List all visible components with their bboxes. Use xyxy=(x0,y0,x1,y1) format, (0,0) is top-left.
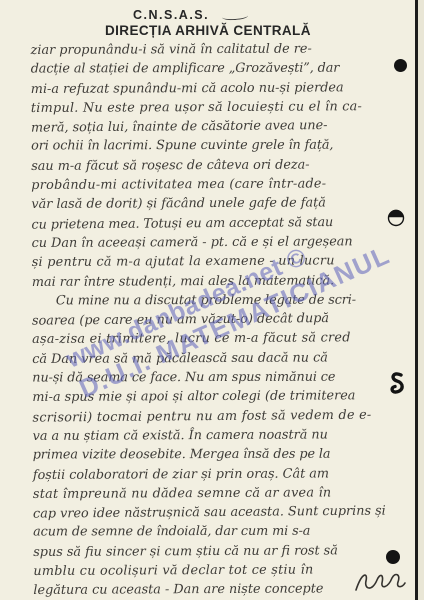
handwritten-line: cu prietena mea. Totuși eu am acceptat s… xyxy=(31,212,403,235)
handwritten-line: acum de semne de îndoială, dar cum mi s-… xyxy=(33,522,405,542)
handwritten-line: spus să fiu sincer și cum știu că nu ar … xyxy=(33,541,405,562)
handwritten-line: umblu cu ocolișuri vă declar tot ce știu… xyxy=(33,560,405,581)
handwritten-line: sau m-a făcut să roșesc de câteva ori de… xyxy=(31,155,403,176)
scanned-document-page: C.N.S.A.S. DIRECȚIA ARHIVĂ CENTRALĂ ziar… xyxy=(0,0,424,600)
handwritten-line: ziar propunându-i să vină în calitatul d… xyxy=(31,39,403,60)
handwritten-line: mi-a refuzat spunându-mi că acolo nu-și … xyxy=(31,78,403,99)
handwritten-line: mi-a spus mie și apoi și altor colegi (d… xyxy=(32,386,404,407)
handwritten-line: ori ochii în lacrimi. Spune cuvinte grel… xyxy=(31,136,403,156)
handwritten-line: foștii colaboratori de ziar și prin oraș… xyxy=(33,464,405,485)
handwritten-line: Cu mine nu a discutat probleme legate de… xyxy=(32,290,404,310)
handwritten-line: cu Dan în aceeași cameră - pt. că e și e… xyxy=(32,232,404,253)
handwritten-line: dacție al stației de amplificare „Grozăv… xyxy=(31,59,403,79)
handwritten-line: mai rar între studenți, mai ales la mate… xyxy=(32,271,404,292)
department-title: DIRECȚIA ARHIVĂ CENTRALĂ xyxy=(105,23,345,38)
handwritten-line: probându-mi activitatea mea (care într-a… xyxy=(31,174,403,195)
half-filled-circle-mark-icon xyxy=(387,209,405,227)
handwritten-line: că Dan vrea să mă păcălească sau dacă nu… xyxy=(32,348,404,369)
handwritten-line: văr lasă de dorit) și făcând unele gafe … xyxy=(31,193,403,214)
handwritten-line: primea vizite deosebite. Mergea însă des… xyxy=(33,445,405,465)
document-header: C.N.S.A.S. DIRECȚIA ARHIVĂ CENTRALĂ xyxy=(105,8,345,38)
scan-edge-line xyxy=(415,0,418,600)
handwritten-line: scrisorii) tocmai pentru nu am fost să v… xyxy=(32,405,404,428)
handwritten-line: nu-și dă seama ce face. Nu am spus nimăn… xyxy=(32,368,404,388)
handwritten-line: legătura cu aceasta - Dan are niște conc… xyxy=(33,579,405,600)
handwritten-line: va a nu știam că există. În camera noast… xyxy=(33,425,405,446)
scan-edge-shade xyxy=(418,0,424,600)
squiggle-mark-icon xyxy=(388,371,408,399)
ink-dot-mark-icon xyxy=(394,59,407,72)
handwritten-text-block: ziar propunându-i să vină în calitatul d… xyxy=(31,39,406,600)
handwritten-line: soarea (pe care eu nu am văzut-o) decât … xyxy=(32,309,404,332)
signature-scribble xyxy=(352,568,408,596)
handwritten-line: așa-zisa ei trimitere, lucru ce m-a făcu… xyxy=(32,328,404,349)
handwritten-line: și pentru că m-a ajutat la examene - un … xyxy=(32,251,404,272)
ink-dot-mark-icon xyxy=(386,550,400,564)
